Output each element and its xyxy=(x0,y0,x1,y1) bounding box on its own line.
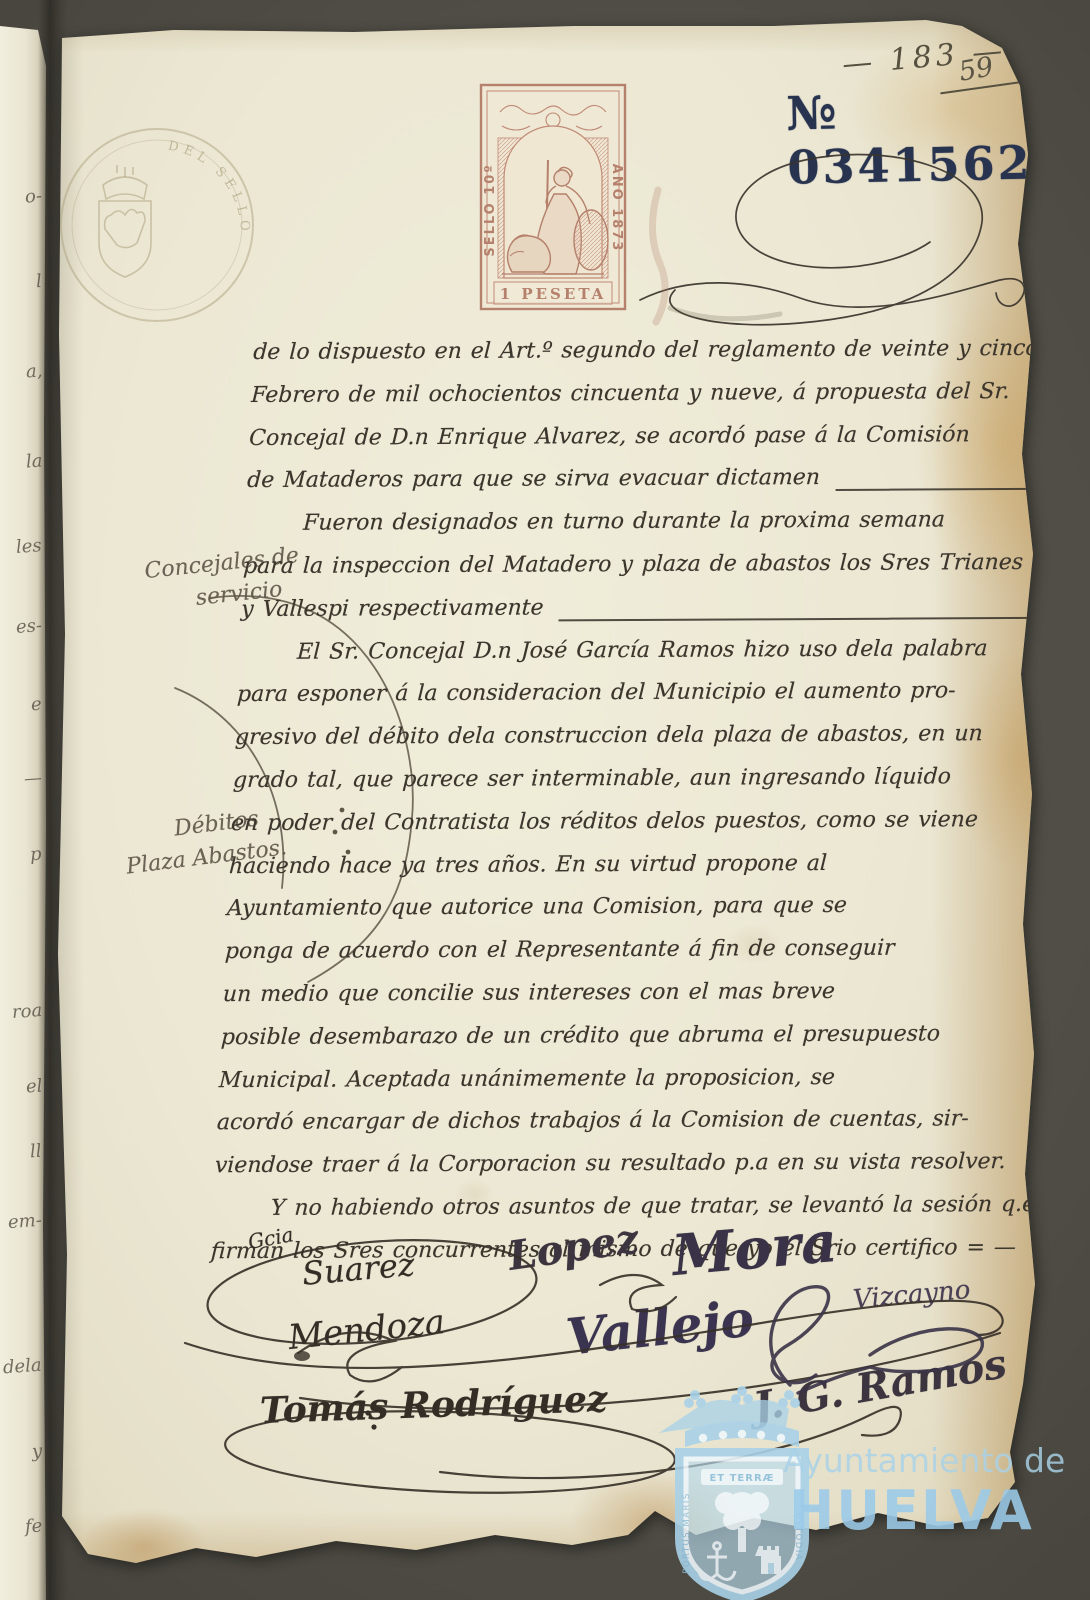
stamp-scrollwork xyxy=(500,105,606,130)
manuscript-line: posible desembarazo de un crédito que ab… xyxy=(220,1013,1028,1060)
manuscript-line: viendose traer á la Corporacion su resul… xyxy=(214,1141,1022,1188)
manuscript-line: de Mataderos para que se sirva evacuar d… xyxy=(246,456,1054,503)
seal-legend: DEL SELLO xyxy=(167,139,253,237)
manuscript-line: Ayuntamiento que autorice una Comision, … xyxy=(226,884,1034,931)
manuscript-line: ponga de acuerdo con el Representante á … xyxy=(224,927,1032,974)
serial-number: № 0341562 xyxy=(786,81,1041,194)
manuscript-line: de lo dispuesto en el Art.º segundo del … xyxy=(252,328,1060,375)
manuscript-line: para esponer á la consideracion del Muni… xyxy=(236,670,1044,717)
manuscript-line: Concejal de D.n Enrique Alvarez, se acor… xyxy=(248,413,1056,460)
document-page-wrap: DEL SELLO xyxy=(54,14,1040,1574)
manuscript-line: Fueron designados en turno durante la pr… xyxy=(244,499,1052,546)
manuscript-line: para la inspeccion del Matadero y plaza … xyxy=(242,542,1050,589)
page-fragment: dela xyxy=(3,1355,43,1379)
stamp-left-label: SELLO 10º xyxy=(483,163,498,256)
manuscript-line: acordó encargar de dichos trabajos á la … xyxy=(216,1098,1024,1145)
manuscript-body: de lo dispuesto en el Art.º segundo del … xyxy=(210,328,1060,1274)
pen-rule-stroke xyxy=(835,488,1052,491)
document-page: DEL SELLO xyxy=(54,14,1040,1574)
pen-rule-stroke xyxy=(559,616,1047,621)
embossed-seal: DEL SELLO xyxy=(55,115,260,330)
stamp-denomination: 1 PESETA xyxy=(500,285,607,303)
manuscript-line: gresivo del débito dela construccion del… xyxy=(234,713,1042,760)
manuscript-line: en poder del Contratista los réditos del… xyxy=(230,799,1038,846)
revenue-stamp: 1 PESETA SELLO 10º AÑO 1873 xyxy=(478,82,628,312)
manuscript-line: El Sr. Concejal D.n José García Ramos hi… xyxy=(238,627,1046,674)
manuscript-line: haciendo hace ya tres años. En su virtud… xyxy=(228,841,1036,888)
stamp-right-label: AÑO 1873 xyxy=(609,164,625,253)
document-scan: o- l a, la les es- e — p roa el ll em- d… xyxy=(0,0,1090,1600)
manuscript-line: Febrero de mil ochocientos cincuenta y n… xyxy=(250,371,1058,418)
manuscript-line: un medio que concilie sus intereses con … xyxy=(222,970,1030,1017)
svg-text:DEL SELLO: DEL SELLO xyxy=(167,139,253,237)
seal-crowned-shield xyxy=(99,165,151,277)
stamp-figure xyxy=(502,160,608,274)
manuscript-line: y Vallespi respectivamente xyxy=(240,585,1048,632)
manuscript-line: Municipal. Aceptada unánimemente la prop… xyxy=(218,1056,1026,1103)
manuscript-line: grado tal, que parece ser interminable, … xyxy=(232,756,1040,803)
